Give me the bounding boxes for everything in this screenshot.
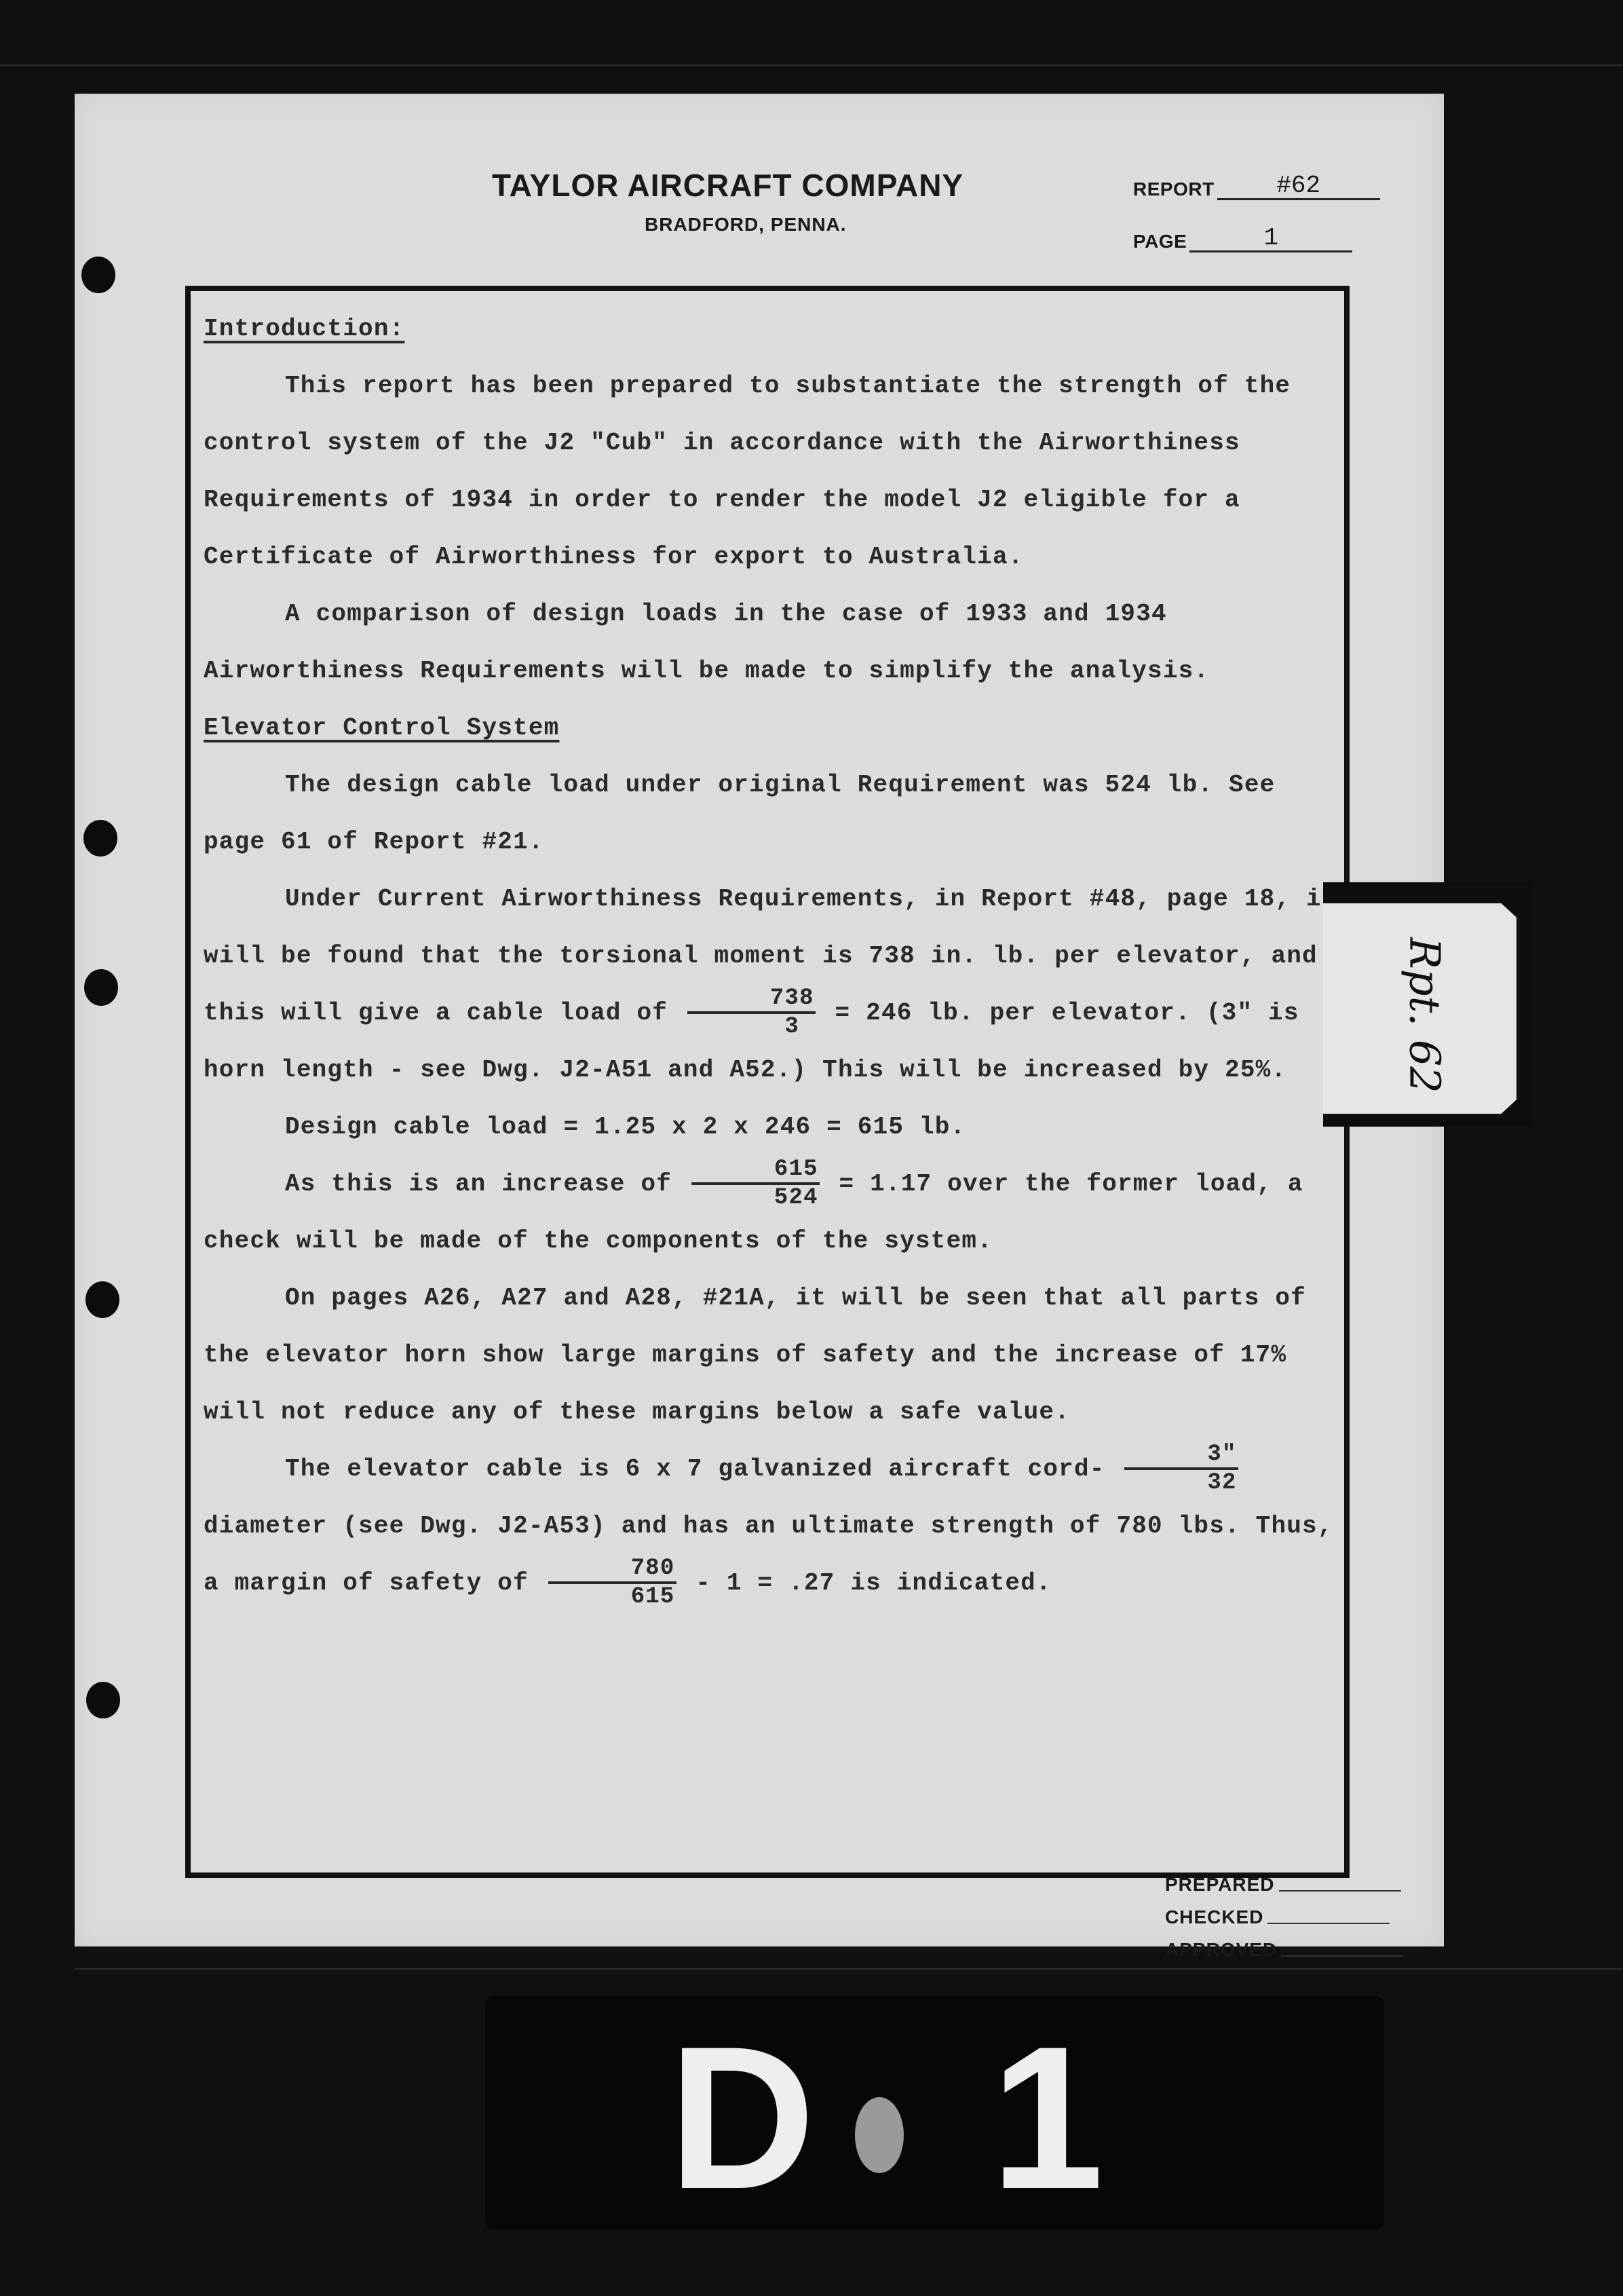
elevator-paragraph: Under Current Airworthiness Requirements…	[204, 871, 1343, 1099]
company-location: BRADFORD, PENNA.	[645, 214, 847, 236]
elevator-paragraph: The elevator cable is 6 x 7 galvanized a…	[204, 1441, 1343, 1612]
intro-heading: Introduction:	[204, 301, 1343, 358]
text-span: The elevator cable is 6 x 7 galvanized a…	[285, 1455, 1105, 1483]
fraction: 780615	[548, 1556, 676, 1610]
fraction-denominator: 615	[550, 1584, 675, 1610]
page-label: PAGE	[1133, 231, 1187, 252]
fraction-numerator: 738	[687, 985, 816, 1014]
fraction-numerator: 780	[548, 1556, 676, 1584]
fraction-denominator: 3	[704, 1014, 800, 1040]
signature-line	[1267, 1923, 1390, 1924]
page-value: 1	[1189, 226, 1352, 252]
checked-label: CHECKED	[1165, 1906, 1263, 1928]
elevator-paragraph: On pages A26, A27 and A28, #21A, it will…	[204, 1270, 1343, 1441]
elevator-heading: Elevator Control System	[204, 700, 1343, 757]
signature-line	[1279, 1890, 1401, 1892]
report-body: Introduction: This report has been prepa…	[204, 301, 1343, 1612]
approved-field: APPROVED	[1165, 1928, 1403, 1961]
intro-paragraph: A comparison of design loads in the case…	[204, 586, 1343, 700]
report-label: REPORT	[1133, 178, 1215, 200]
prepared-field: PREPARED	[1165, 1863, 1403, 1896]
fraction-denominator: 524	[693, 1185, 818, 1211]
signature-line	[1281, 1955, 1403, 1957]
index-tab: Rpt. 62	[1323, 882, 1533, 1127]
report-value: #62	[1217, 174, 1380, 200]
film-scratch	[0, 64, 1623, 66]
fraction: 615524	[691, 1156, 820, 1211]
fraction-numerator: 615	[691, 1156, 820, 1185]
fraction-numerator: 3"	[1124, 1442, 1238, 1470]
text-span: - 1 = .27 is indicated.	[695, 1569, 1051, 1597]
film-scratch	[75, 1968, 1623, 1970]
elevator-paragraph: Design cable load = 1.25 x 2 x 246 = 615…	[204, 1099, 1343, 1156]
intro-paragraph: This report has been prepared to substan…	[204, 358, 1343, 586]
fraction: 7383	[687, 985, 816, 1040]
punch-hole	[84, 969, 118, 1006]
punch-hole	[85, 1281, 119, 1318]
company-name: TAYLOR AIRCRAFT COMPANY	[492, 167, 963, 204]
checked-field: CHECKED	[1165, 1896, 1403, 1928]
text-span: As this is an increase of	[285, 1170, 672, 1198]
page-number-field: PAGE 1	[1133, 226, 1352, 252]
film-frame-plate: D 1	[485, 1995, 1384, 2229]
prepared-label: PREPARED	[1165, 1874, 1275, 1896]
elevator-paragraph: As this is an increase of 615524 = 1.17 …	[204, 1156, 1343, 1270]
plate-letter-right: 1	[991, 2016, 1104, 2219]
index-tab-label: Rpt. 62	[1400, 937, 1450, 1093]
plate-dot	[855, 2097, 904, 2173]
signoff-block: PREPARED CHECKED APPROVED	[1165, 1863, 1403, 1961]
elevator-paragraph: The design cable load under original Req…	[204, 757, 1343, 871]
index-tab-label-area: Rpt. 62	[1323, 899, 1521, 1118]
fraction: 3"32	[1124, 1442, 1238, 1496]
punch-hole	[83, 820, 117, 857]
fraction-denominator: 32	[1126, 1470, 1236, 1496]
approved-label: APPROVED	[1165, 1939, 1277, 1961]
document-page: TAYLOR AIRCRAFT COMPANY BRADFORD, PENNA.…	[75, 94, 1444, 1946]
punch-hole	[86, 1682, 120, 1718]
punch-hole	[81, 257, 115, 293]
plate-letter-left: D	[668, 2016, 816, 2219]
report-number-field: REPORT #62	[1133, 174, 1380, 200]
